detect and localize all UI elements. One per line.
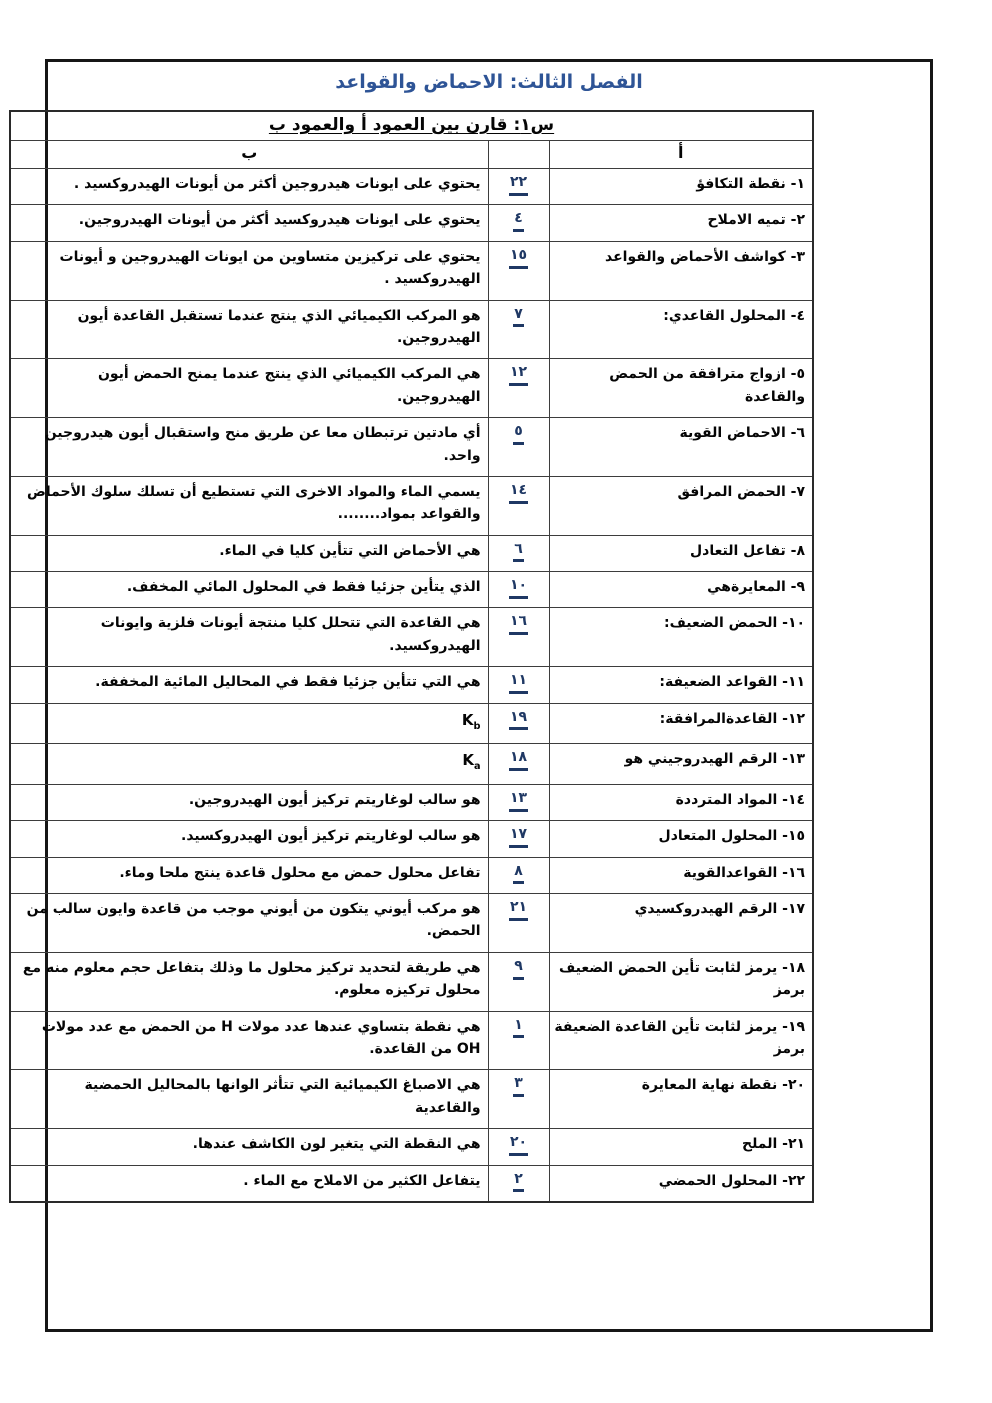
definition-cell: تفاعل محلول حمض مع محلول قاعدة ينتج ملحا… <box>10 857 488 893</box>
definition-cell: أي مادتين ترتبطان معا عن طريق منح واستقب… <box>10 418 488 477</box>
definition-cell: Ka <box>10 744 488 785</box>
table-row: ١٢- القاعدةالمرافقة: ١٩ Kb <box>10 703 813 744</box>
question-header-text: س١: قارن بين العمود أ والعمود ب <box>269 115 554 135</box>
answer-cell: ١٧ <box>488 821 549 857</box>
constant-symbol: Ka <box>462 751 480 769</box>
answer-cell: ١٢ <box>488 359 549 418</box>
definition-cell: هي المركب الكيميائي الذي ينتج عندما يمنح… <box>10 359 488 418</box>
answer-cell: ٣ <box>488 1070 549 1129</box>
term-cell: ٧- الحمض المرافق <box>549 476 813 535</box>
definition-cell: هي الاصباغ الكيميائية التي تتأثر الوانها… <box>10 1070 488 1129</box>
definition-cell: هي طريقة لتحديد تركيز محلول ما وذلك بتفا… <box>10 952 488 1011</box>
answer-number: ١ <box>513 1017 524 1039</box>
answer-cell: ١ <box>488 1011 549 1070</box>
answer-number: ٢١ <box>509 899 528 921</box>
term-cell: ١٥- المحلول المتعادل <box>549 821 813 857</box>
table-row: ١٧- الرقم الهيدروكسيدي ٢١ هو مركب أيوني … <box>10 894 813 953</box>
definition-cell: هو سالب لوغاريتم تركيز أيون الهيدروكسيد. <box>10 821 488 857</box>
table-row: ٦- الاحماض القوية ٥ أي مادتين ترتبطان مع… <box>10 418 813 477</box>
matching-rows: ١- نقطة التكافؤ ٢٢ يحتوي على ايونات هيدر… <box>10 169 813 1202</box>
definition-cell: هي الأحماض التي تتأين كليا في الماء. <box>10 535 488 571</box>
answer-number: ١١ <box>509 672 528 694</box>
term-cell: ١٤- المواد المترددة <box>549 784 813 820</box>
table-row: ١٩- يرمز لثابت تأين القاعدة الضعيفة برمز… <box>10 1011 813 1070</box>
question-header-row: س١: قارن بين العمود أ والعمود ب <box>10 111 813 141</box>
column-header-row: أ ب <box>10 141 813 169</box>
term-cell: ٢- تميه الاملاح <box>549 205 813 241</box>
table-row: ١٨- يرمز لثابت تأين الحمض الضعيف برمز ٩ … <box>10 952 813 1011</box>
page-title: الفصل الثالث: الاحماض والقواعد <box>48 71 930 93</box>
answer-number: ٢ <box>513 1171 524 1193</box>
definition-cell: هي النقطة التي يتغير لون الكاشف عندها. <box>10 1129 488 1165</box>
answer-number: ١٤ <box>509 482 528 504</box>
answer-number: ١٧ <box>509 826 528 848</box>
term-cell: ٨- تفاعل التعادل <box>549 535 813 571</box>
constant-symbol: Kb <box>462 711 481 729</box>
table-row: ٢٢- المحلول الحمضي ٢ يتفاعل الكثير من ال… <box>10 1165 813 1202</box>
table-row: ١٠- الحمض الضعيف: ١٦ هي القاعدة التي تتح… <box>10 608 813 667</box>
term-cell: ١١- القواعد الضعيفة: <box>549 667 813 703</box>
column-b-header: ب <box>10 141 488 169</box>
answer-number: ٨ <box>513 863 524 885</box>
answer-cell: ٢ <box>488 1165 549 1202</box>
answer-number: ١٣ <box>509 790 528 812</box>
answer-number: ١٥ <box>509 247 528 269</box>
answer-cell: ٢٢ <box>488 169 549 205</box>
answer-number: ٣ <box>513 1075 524 1097</box>
term-cell: ١٠- الحمض الضعيف: <box>549 608 813 667</box>
answer-cell: ٤ <box>488 205 549 241</box>
definition-cell: يتفاعل الكثير من الاملاح مع الماء . <box>10 1165 488 1202</box>
table-row: ٢- تميه الاملاح ٤ يحتوي على ايونات هيدرو… <box>10 205 813 241</box>
answer-number: ٢٠ <box>509 1134 528 1156</box>
definition-cell: هو المركب الكيميائي الذي ينتج عندما تستق… <box>10 300 488 359</box>
answer-cell: ٩ <box>488 952 549 1011</box>
term-cell: ٩- المعايرةهي <box>549 572 813 608</box>
term-cell: ١٩- يرمز لثابت تأين القاعدة الضعيفة برمز <box>549 1011 813 1070</box>
table-row: ٩- المعايرةهي ١٠ الذي يتأين جزئيا فقط في… <box>10 572 813 608</box>
term-cell: ٦- الاحماض القوية <box>549 418 813 477</box>
matching-table: س١: قارن بين العمود أ والعمود ب أ ب ١- ن… <box>9 110 814 1203</box>
answer-number: ١٨ <box>509 749 528 771</box>
table-row: ١٤- المواد المترددة ١٣ هو سالب لوغاريتم … <box>10 784 813 820</box>
definition-cell: يسمي الماء والمواد الاخرى التي تستطيع أن… <box>10 476 488 535</box>
answer-number: ١٢ <box>509 364 528 386</box>
term-cell: ٤- المحلول القاعدي: <box>549 300 813 359</box>
table-row: ٤- المحلول القاعدي: ٧ هو المركب الكيميائ… <box>10 300 813 359</box>
answer-cell: ١٤ <box>488 476 549 535</box>
definition-cell: هي القاعدة التي تتحلل كليا منتجة أيونات … <box>10 608 488 667</box>
definition-cell: هي التي تتأين جزئيا فقط في المحاليل الما… <box>10 667 488 703</box>
term-cell: ١٣- الرقم الهيدروجيني هو <box>549 744 813 785</box>
definition-cell: هو سالب لوغاريتم تركيز أيون الهيدروجين. <box>10 784 488 820</box>
answer-cell: ٥ <box>488 418 549 477</box>
definition-cell: هو مركب أيوني يتكون من أيوني موجب من قاع… <box>10 894 488 953</box>
definition-cell: يحتوي على ايونات هيدروكسيد أكثر من أيونا… <box>10 205 488 241</box>
term-cell: ١٢- القاعدةالمرافقة: <box>549 703 813 744</box>
answer-cell: ٢٠ <box>488 1129 549 1165</box>
definition-cell: يحتوي على تركيزين متساوين من ايونات الهي… <box>10 241 488 300</box>
answer-number: ١٩ <box>509 709 528 731</box>
definition-cell: هي نقطة بتساوي عندها عدد مولات H من الحم… <box>10 1011 488 1070</box>
answer-number: ٦ <box>513 541 524 563</box>
term-cell: ٢٠- نقطة نهاية المعايرة <box>549 1070 813 1129</box>
answer-cell: ١٣ <box>488 784 549 820</box>
answer-cell: ١٩ <box>488 703 549 744</box>
answer-cell: ١٠ <box>488 572 549 608</box>
answer-number: ٥ <box>513 423 524 445</box>
document-page: الفصل الثالث: الاحماض والقواعد س١: قارن … <box>0 0 992 1403</box>
definition-cell: يحتوي على ايونات هيدروجين أكثر من أيونات… <box>10 169 488 205</box>
answer-cell: ٨ <box>488 857 549 893</box>
term-cell: ٣- كواشف الأحماض والقواعد <box>549 241 813 300</box>
table-row: ٣- كواشف الأحماض والقواعد ١٥ يحتوي على ت… <box>10 241 813 300</box>
table-row: ٢١- الملح ٢٠ هي النقطة التي يتغير لون ال… <box>10 1129 813 1165</box>
answer-cell: ٦ <box>488 535 549 571</box>
answer-number: ٤ <box>513 210 524 232</box>
term-cell: ١- نقطة التكافؤ <box>549 169 813 205</box>
answer-cell: ١٨ <box>488 744 549 785</box>
term-cell: ٢٢- المحلول الحمضي <box>549 1165 813 1202</box>
answer-column-header <box>488 141 549 169</box>
answer-number: ١٦ <box>509 613 528 635</box>
answer-cell: ١١ <box>488 667 549 703</box>
page-border-frame: الفصل الثالث: الاحماض والقواعد س١: قارن … <box>45 59 933 1332</box>
question-header-cell: س١: قارن بين العمود أ والعمود ب <box>10 111 813 141</box>
table-row: ١٦- القواعدالقوية ٨ تفاعل محلول حمض مع م… <box>10 857 813 893</box>
answer-cell: ٧ <box>488 300 549 359</box>
term-cell: ٥- ازواج مترافقة من الحمض والقاعدة <box>549 359 813 418</box>
table-row: ١١- القواعد الضعيفة: ١١ هي التي تتأين جز… <box>10 667 813 703</box>
table-row: ٥- ازواج مترافقة من الحمض والقاعدة ١٢ هي… <box>10 359 813 418</box>
table-row: ٢٠- نقطة نهاية المعايرة ٣ هي الاصباغ الك… <box>10 1070 813 1129</box>
answer-number: ٢٢ <box>509 174 528 196</box>
table-row: ١٥- المحلول المتعادل ١٧ هو سالب لوغاريتم… <box>10 821 813 857</box>
answer-number: ٧ <box>513 306 524 328</box>
answer-cell: ١٥ <box>488 241 549 300</box>
term-cell: ٢١- الملح <box>549 1129 813 1165</box>
table-row: ٨- تفاعل التعادل ٦ هي الأحماض التي تتأين… <box>10 535 813 571</box>
table-row: ١- نقطة التكافؤ ٢٢ يحتوي على ايونات هيدر… <box>10 169 813 205</box>
answer-cell: ١٦ <box>488 608 549 667</box>
answer-number: ٩ <box>513 958 524 980</box>
term-cell: ١٨- يرمز لثابت تأين الحمض الضعيف برمز <box>549 952 813 1011</box>
table-row: ٧- الحمض المرافق ١٤ يسمي الماء والمواد ا… <box>10 476 813 535</box>
term-cell: ١٧- الرقم الهيدروكسيدي <box>549 894 813 953</box>
answer-cell: ٢١ <box>488 894 549 953</box>
definition-cell: الذي يتأين جزئيا فقط في المحلول المائي ا… <box>10 572 488 608</box>
term-cell: ١٦- القواعدالقوية <box>549 857 813 893</box>
definition-cell: Kb <box>10 703 488 744</box>
table-row: ١٣- الرقم الهيدروجيني هو ١٨ Ka <box>10 744 813 785</box>
answer-number: ١٠ <box>509 577 528 599</box>
column-a-header: أ <box>549 141 813 169</box>
